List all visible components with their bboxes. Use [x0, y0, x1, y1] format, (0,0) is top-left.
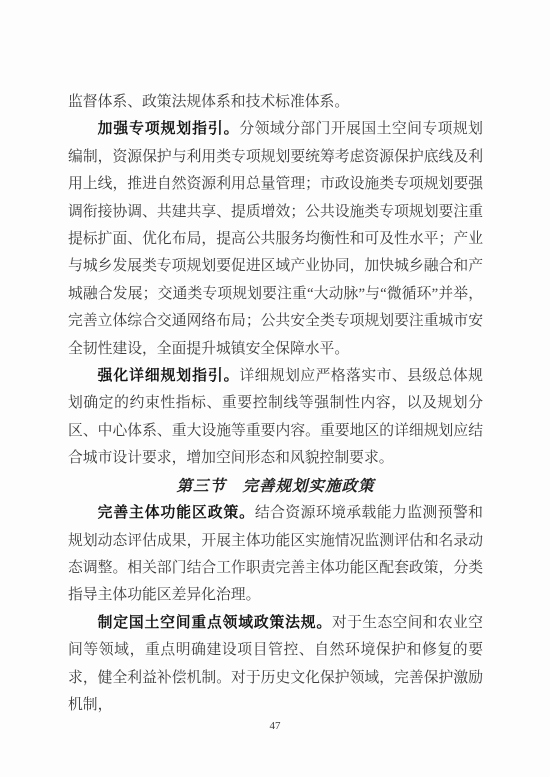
paragraph-lead: 加强专项规划指引。 [98, 121, 240, 137]
paragraph: 强化详细规划指引。详细规划应严格落实市、县级总体规划确定的约束性指标、重要控制线… [68, 363, 483, 473]
paragraph: 加强专项规划指引。分领域分部门开展国土空间专项规划编制，资源保护与利用类专项规划… [68, 116, 483, 363]
paragraph: 完善主体功能区政策。结合资源环境承载能力监测预警和规划动态评估成果，开展主体功能… [68, 500, 483, 610]
page-number: 47 [0, 718, 550, 734]
paragraph-lead: 完善主体功能区政策。 [98, 505, 255, 521]
paragraph-text: 监督体系、政策法规体系和技术标准体系。 [68, 94, 349, 110]
paragraph-lead: 强化详细规划指引。 [98, 368, 240, 384]
paragraph-text: 分领域分部门开展国土空间专项规划编制，资源保护与利用类专项规划要统筹考虑资源保护… [68, 121, 483, 356]
paragraph: 制定国土空间重点领域政策法规。对于生态空间和农业空间等领域，重点明确建设项目管控… [68, 610, 483, 720]
document-page: 监督体系、政策法规体系和技术标准体系。 加强专项规划指引。分领域分部门开展国土空… [0, 0, 550, 777]
paragraph-lead: 制定国土空间重点领域政策法规。 [98, 615, 332, 631]
section-heading: 第三节 完善规划实施政策 [68, 473, 483, 500]
page-content: 监督体系、政策法规体系和技术标准体系。 加强专项规划指引。分领域分部门开展国土空… [68, 89, 483, 719]
paragraph: 监督体系、政策法规体系和技术标准体系。 [68, 89, 483, 116]
